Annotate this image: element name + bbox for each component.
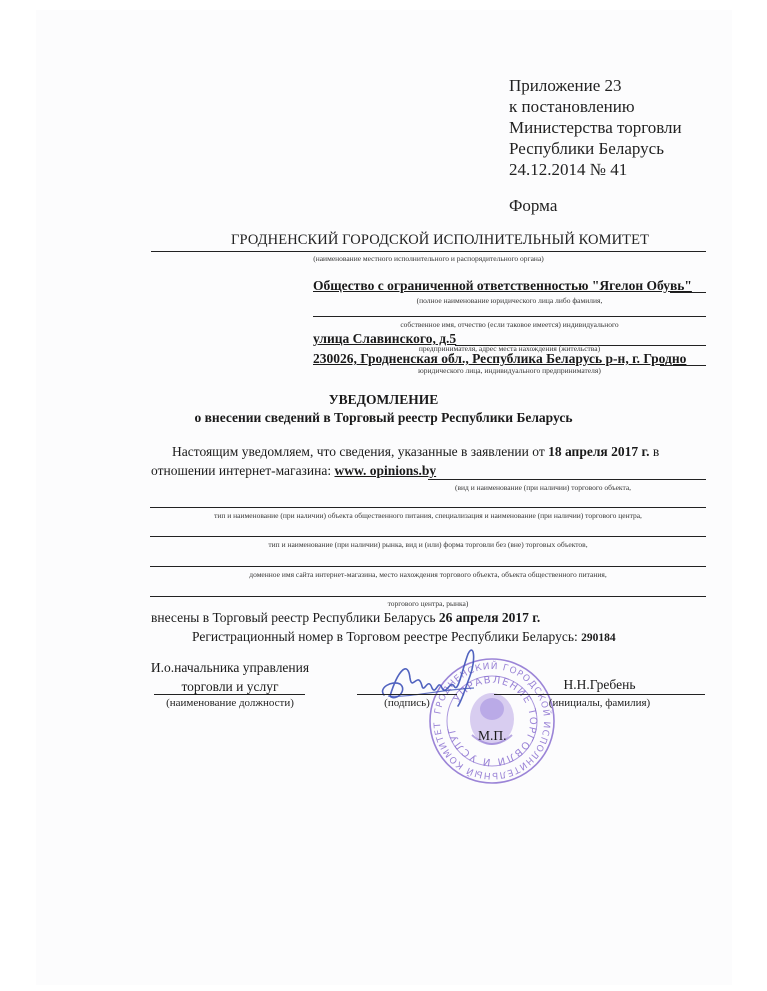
registration-number: 290184 — [581, 632, 616, 644]
market-rule — [150, 536, 706, 537]
caption-domain: доменное имя сайта интернет-магазина, ме… — [150, 570, 706, 579]
relation-label: отношении интернет-магазина: — [151, 463, 334, 478]
appendix-line: к постановлению — [509, 96, 682, 117]
position-rule — [154, 694, 305, 695]
position-line2: торговли и услуг — [150, 679, 310, 695]
domain-rule — [150, 566, 706, 567]
paragraph-text: Настоящим уведомляем, что сведения, указ… — [172, 444, 548, 459]
addressee-blank-rule — [313, 316, 706, 317]
seal-label: М.П. — [478, 728, 507, 744]
addressee-caption-2: собственное имя, отчество (если таковое … — [313, 320, 706, 329]
notice-paragraph-line2: отношении интернет-магазина: www. opinio… — [151, 463, 436, 479]
position-caption: (наименование должности) — [150, 697, 310, 709]
paragraph-text-end: в — [649, 444, 659, 459]
entered-date: 26 апреля 2017 г. — [439, 610, 540, 625]
org-rule-tail — [670, 292, 706, 293]
name-caption: (инициалы, фамилия) — [494, 697, 705, 709]
name-rule — [494, 694, 705, 695]
authority-rule — [151, 251, 706, 252]
caption-catering: тип и наименование (при наличии) объекта… — [150, 511, 706, 520]
caption-end: торгового центра, рынка) — [150, 599, 706, 608]
end-rule — [150, 596, 706, 597]
object-rule-tail — [428, 479, 706, 480]
notice-paragraph-line1: Настоящим уведомляем, что сведения, указ… — [172, 444, 659, 460]
appendix-line: Приложение 23 — [509, 75, 682, 96]
appendix-line: Республики Беларусь — [509, 138, 682, 159]
notice-title: УВЕДОМЛЕНИЕ — [0, 392, 767, 408]
application-date: 18 апреля 2017 г. — [548, 444, 649, 459]
postal-address: 230026, Гродненская обл., Республика Бел… — [313, 351, 686, 367]
authority-name: ГРОДНЕНСКИЙ ГОРОДСКОЙ ИСПОЛНИТЕЛЬНЫЙ КОМ… — [231, 232, 649, 249]
entered-text: внесены в Торговый реестр Республики Бел… — [151, 610, 439, 625]
signature-caption: (подпись) — [357, 697, 457, 709]
position-line1: И.о.начальника управления — [150, 660, 310, 676]
entered-statement: внесены в Торговый реестр Республики Бел… — [151, 610, 540, 626]
appendix-reference: Приложение 23 к постановлению Министерст… — [509, 75, 682, 180]
authority-caption: (наименование местного исполнительного и… — [151, 254, 706, 263]
catering-rule — [150, 507, 706, 508]
addressee-caption-4: юридического лица, индивидуального предп… — [313, 366, 706, 375]
caption-market: тип и наименование (при наличии) рынка, … — [150, 540, 706, 549]
signature-rule — [357, 694, 457, 695]
signatory-name: Н.Н.Гребень — [494, 677, 705, 693]
appendix-line: 24.12.2014 № 41 — [509, 159, 682, 180]
caption-object: (вид и наименование (при наличии) торгов… — [380, 483, 706, 492]
notice-subtitle: о внесении сведений в Торговый реестр Ре… — [0, 410, 767, 426]
addressee-caption-1: (полное наименование юридического лица л… — [313, 296, 706, 305]
appendix-line: Министерства торговли — [509, 117, 682, 138]
form-label: Форма — [509, 196, 557, 216]
organization-name: Общество с ограниченной ответственностью… — [313, 278, 692, 294]
shop-url: www. opinions.by — [334, 463, 436, 478]
